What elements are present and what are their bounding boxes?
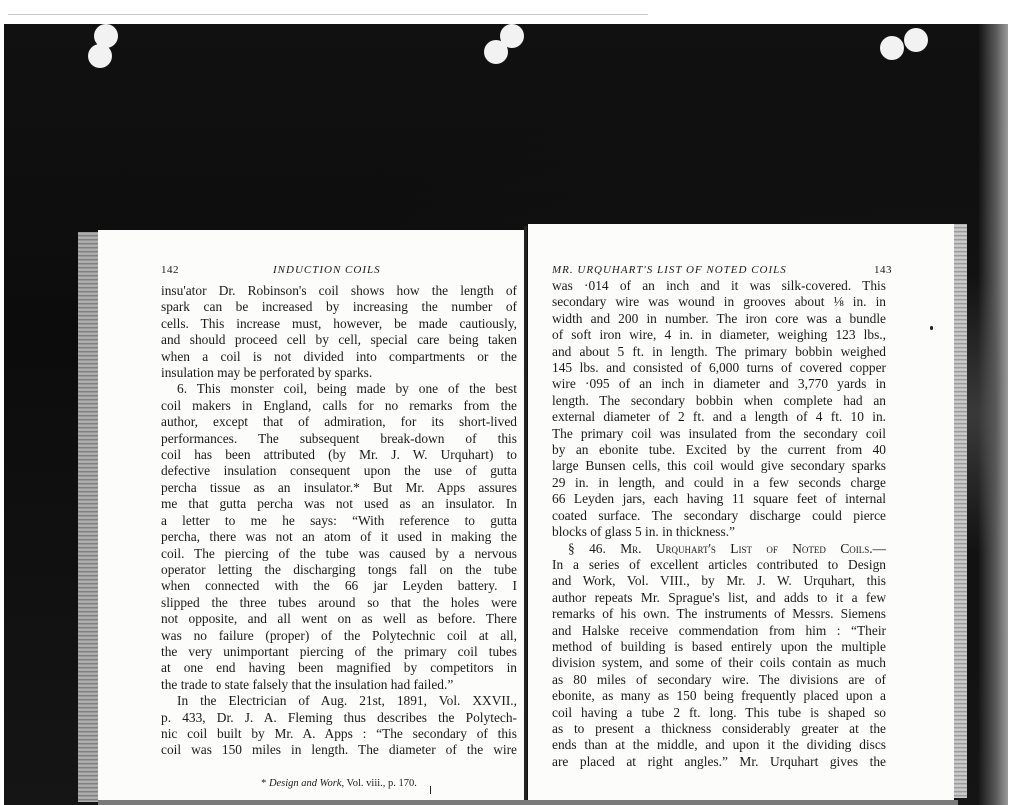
text-line: coated surface. The secondary discharge … xyxy=(552,508,886,524)
text-line: length. The secondary bobbin when comple… xyxy=(552,393,886,409)
text-line: author repeats Mr. Sprague's list, and a… xyxy=(552,590,886,606)
scan-artifact-mark xyxy=(430,786,431,794)
text-line: and Work, Vol. VIII., by Mr. J. W. Urquh… xyxy=(552,573,886,589)
punch-hole-4 xyxy=(484,40,508,64)
right-page: MR. URQUHART'S LIST OF NOTED COILS 143 w… xyxy=(528,224,954,800)
paragraph-6-start: 6. This monster coil, being made by one … xyxy=(161,381,517,397)
text-line: author, except that of admiration, for i… xyxy=(161,414,517,430)
text-line: coil makers in England, calls for no rem… xyxy=(161,398,517,414)
text-line: was ·014 of an inch and it was silk-cove… xyxy=(552,278,886,294)
punch-hole-2 xyxy=(88,44,112,68)
text-line: and should proceed cell by cell, special… xyxy=(161,332,517,348)
right-running-title: MR. URQUHART'S LIST OF NOTED COILS xyxy=(552,264,787,276)
text-line: as 80 miles of secondary wire. The divis… xyxy=(552,672,886,688)
text-line: The primary coil was insulated from the … xyxy=(552,426,886,442)
page-bottom-edge xyxy=(98,800,958,805)
section-46-heading: § 46. Mr. Urquhart's List of Noted Coils… xyxy=(552,541,886,557)
text-line: operator letting the discharging tongs f… xyxy=(161,562,517,578)
text-line: coil has been attributed (by Mr. J. W. U… xyxy=(161,447,517,463)
left-page-number: 142 xyxy=(161,264,179,276)
text-line: coil having a tube 2 ft. long. This tube… xyxy=(552,705,886,721)
text-line: me that gutta percha was not used as an … xyxy=(161,496,517,512)
text-line: spark can be increased by increasing the… xyxy=(161,299,517,315)
footnote-marker: * xyxy=(261,778,266,789)
scan-speck xyxy=(930,326,933,330)
text-line: wire ·095 of an inch in diameter and 3,7… xyxy=(552,376,886,392)
text-line: of soft iron wire, 4 in. in diameter, we… xyxy=(552,327,886,343)
text-line: are placed at right angles.” Mr. Urquhar… xyxy=(552,754,886,770)
right-page-number: 143 xyxy=(874,264,892,276)
book-gutter xyxy=(524,226,527,804)
text-line: coil was 150 miles in length. The diamet… xyxy=(161,742,517,758)
punch-hole-6 xyxy=(880,36,904,60)
text-line: external diameter of 2 ft. and a length … xyxy=(552,409,886,425)
text-line: cells. This increase must, however, be m… xyxy=(161,316,517,332)
text-line: slipped the three tubes around so that t… xyxy=(161,595,517,611)
footnote-source: Design and Work xyxy=(269,778,342,789)
text-line: the very unimportant piercing of the pri… xyxy=(161,644,517,660)
text-line: blocks of glass 5 in. in thickness.” xyxy=(552,524,886,540)
text-line: method of building is based entirely upo… xyxy=(552,639,886,655)
text-line: coil. The piercing of the tube was cause… xyxy=(161,546,517,562)
right-body-text: was ·014 of an inch and it was silk-cove… xyxy=(552,278,886,770)
text-line: p. 433, Dr. J. A. Fleming thus describes… xyxy=(161,710,517,726)
paragraph-electrician-start: In the Electrician of Aug. 21st, 1891, V… xyxy=(161,693,517,709)
text-line: width and 200 in number. The iron core w… xyxy=(552,311,886,327)
text-line: as to present a thickness considerably g… xyxy=(552,721,886,737)
text-line: by an ebonite tube. Excited by the curre… xyxy=(552,442,886,458)
text-line: 145 lbs. and consisted of 6,000 turns of… xyxy=(552,360,886,376)
footnote-reference: , Vol. viii., p. 170. xyxy=(341,778,416,789)
right-running-head: MR. URQUHART'S LIST OF NOTED COILS 143 xyxy=(552,264,882,276)
footnote: * Design and Work, Vol. viii., p. 170. xyxy=(161,778,517,789)
text-line: large Bunsen cells, this coil would give… xyxy=(552,458,886,474)
text-line: insulation may be perforated by sparks. xyxy=(161,365,517,381)
text-line: secondary wire was wound in grooves abou… xyxy=(552,294,886,310)
text-line: performances. The subsequent break-down … xyxy=(161,431,517,447)
text-line: ebonite, as many as 150 being frequently… xyxy=(552,688,886,704)
left-running-head: 142 INDUCTION COILS xyxy=(161,264,511,276)
text-line: remarks of his own. The instruments of M… xyxy=(552,606,886,622)
scan-top-rule xyxy=(8,14,648,15)
text-line: 66 Leyden jars, each having 11 square fe… xyxy=(552,491,886,507)
text-line: percha, there was not an atom of it used… xyxy=(161,529,517,545)
text-line: insu'ator Dr. Robinson's coil shows how … xyxy=(161,283,517,299)
text-line: was no failure (proper) of the Polytechn… xyxy=(161,628,517,644)
left-body-text: insu'ator Dr. Robinson's coil shows how … xyxy=(161,283,517,759)
page-edge-left xyxy=(78,232,100,802)
text-line: when a coil is not divided into compartm… xyxy=(161,349,517,365)
text-line: division system, and some of their coils… xyxy=(552,655,886,671)
text-line: nic coil built by Mr. A. Apps : “The sec… xyxy=(161,726,517,742)
page-edge-right xyxy=(953,224,967,798)
punch-hole-5 xyxy=(904,28,928,52)
text-line: a letter to me he says: “With reference … xyxy=(161,513,517,529)
text-line: when connected with the 66 jar Leyden ba… xyxy=(161,578,517,594)
text-line: and Halske receive commendation from him… xyxy=(552,623,886,639)
text-line: In a series of excellent articles contri… xyxy=(552,557,886,573)
text-line: ends than at the middle, and upon it the… xyxy=(552,737,886,753)
text-line: at one end having been magnified by comp… xyxy=(161,660,517,676)
left-page: 142 INDUCTION COILS insu'ator Dr. Robins… xyxy=(98,230,526,802)
text-line: not opposite, and all went on as well as… xyxy=(161,611,517,627)
left-running-title: INDUCTION COILS xyxy=(273,264,381,276)
text-line: the trade to state falsely that the insu… xyxy=(161,677,517,693)
text-line: and about 5 ft. in length. The primary b… xyxy=(552,344,886,360)
text-line: percha tissue as an insulator.* But Mr. … xyxy=(161,480,517,496)
text-line: defective insulation consequent upon the… xyxy=(161,463,517,479)
text-line: 29 in. in length, and could in a few sec… xyxy=(552,475,886,491)
